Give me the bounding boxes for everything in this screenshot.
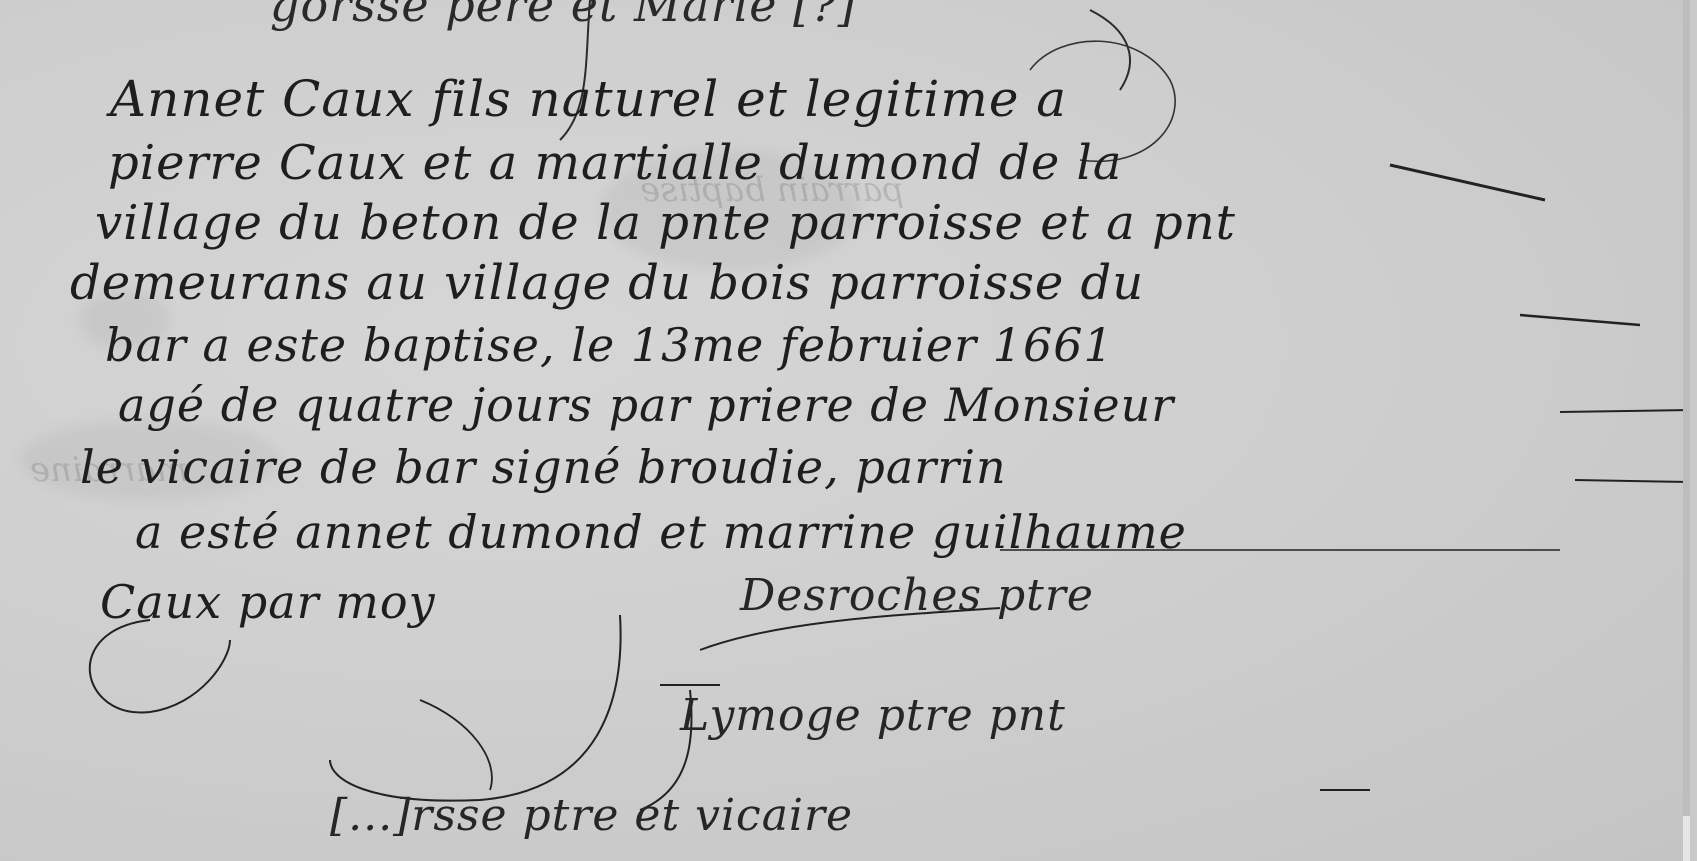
header-fragment: gorsse pere et Marie [?] [270,0,857,32]
page-edge [1683,0,1690,861]
record-line-1: Annet Caux fils naturel et legitime a [110,70,1067,128]
record-line-5: bar a este baptise, le 13me februier 166… [105,318,1114,372]
record-line-8: a esté annet dumond et marrine guilhaume [135,505,1187,559]
record-line-4: demeurans au village du bois parroisse d… [70,255,1144,311]
page-corner [1683,816,1690,861]
signature-3: [...]rsse ptre et vicaire [330,790,853,841]
record-line-3: village du beton de la pnte parroisse et… [95,195,1236,251]
record-line-9: Caux par moy [100,575,436,629]
signature-2: Lymoge ptre pnt [680,690,1066,741]
document-page: parrain baptise marraine gorsse pere et … [0,0,1690,861]
record-line-6: agé de quatre jours par priere de Monsie… [118,378,1174,432]
record-line-2: pierre Caux et a martialle dumond de la [108,135,1122,191]
record-line-7: le vicaire de bar signé broudie, parrin [80,440,1007,494]
signature-1: Desroches ptre [740,570,1094,621]
